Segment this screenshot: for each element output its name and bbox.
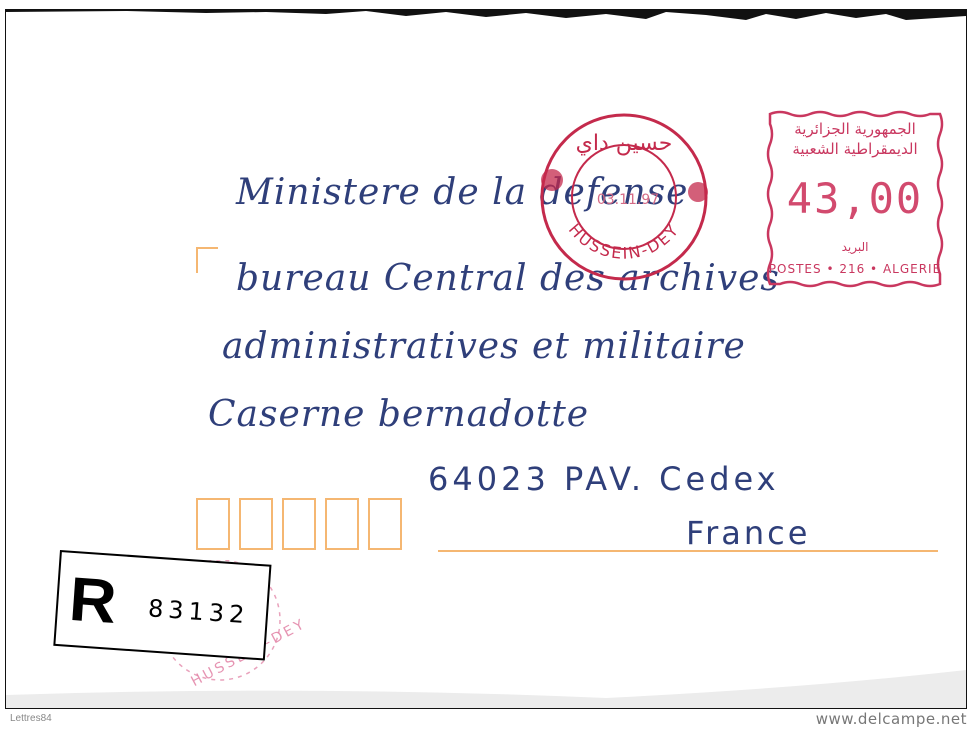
postmark-rings: HUSSEIN-DEY حسين داي 03.11.97 [536,112,712,282]
postal-box [239,498,273,550]
postmark-date: 03.11.97 [597,192,659,208]
meter-header-ar-1: الجمهورية الجزائرية [766,120,944,138]
site-watermark[interactable]: www.delcampe.net [816,710,967,728]
seller-watermark: Lettres84 [10,713,52,724]
postal-box [196,498,230,550]
address-line-5: 64023 PAV. Cedex [428,460,780,498]
meter-sub-ar: البريد [766,240,944,254]
address-corner-mark [196,247,218,273]
postmark-town-ar: حسين داي [576,131,673,156]
address-line-4: Caserne bernadotte [208,394,589,435]
meter-footer: POSTES • 216 • ALGERIE [766,262,944,276]
torn-top-edge [6,10,966,24]
postmark-town: HUSSEIN-DEY [565,220,683,263]
address-underline [438,550,938,552]
address-line-6: France [686,514,810,552]
registration-number: 83132 [147,594,250,629]
address-line-3: administratives et militaire [222,326,746,367]
postmark: HUSSEIN-DEY حسين داي 03.11.97 [536,112,712,282]
registration-letter: R [67,569,118,634]
meter-stamp: الجمهورية الجزائرية الديمقراطية الشعبية … [766,110,944,288]
registration-label: R 83132 [53,550,271,661]
postal-box [325,498,359,550]
meter-header-ar-2: الديمقراطية الشعبية [766,140,944,158]
postal-box [368,498,402,550]
svg-text:HUSSEIN-DEY: HUSSEIN-DEY [565,220,683,263]
meter-value: 43,00 [766,174,944,223]
postal-box [282,498,316,550]
